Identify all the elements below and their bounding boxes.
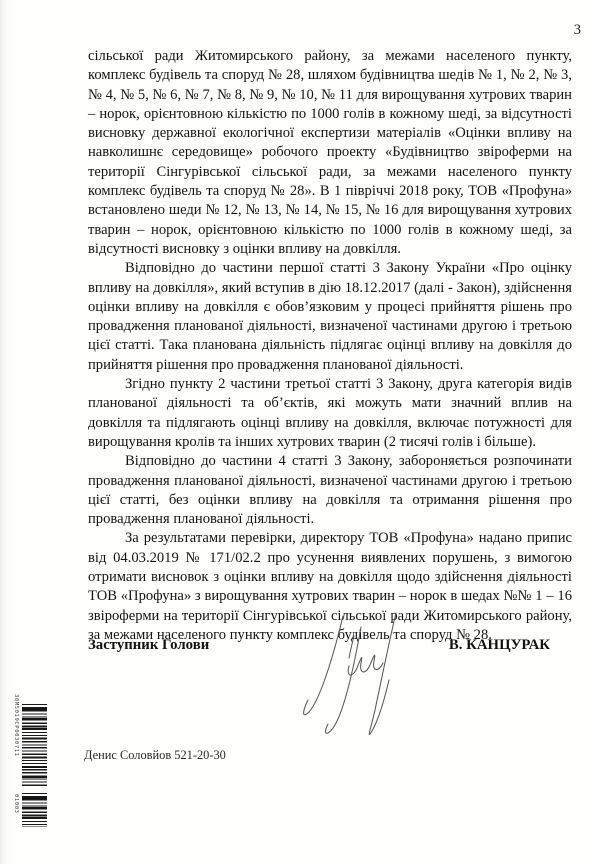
footer-contact: Денис Соловйов 521-20-30	[84, 748, 226, 763]
barcode-bars-upper	[22, 704, 47, 786]
page-number: 3	[574, 22, 581, 39]
document-body: сільської ради Житомирського району, за …	[88, 47, 572, 645]
document-page: 3 сільської ради Житомирського району, з…	[0, 0, 603, 864]
handwritten-signature-icon	[292, 600, 412, 752]
paragraph: сільської ради Житомирського району, за …	[88, 47, 572, 259]
paragraph: Відповідно до частини 4 статті 3 Закону,…	[88, 452, 572, 529]
paragraph: Згідно пункту 2 частини третьої статті 3…	[88, 375, 572, 452]
barcode-digits-bottom: 01003	[13, 794, 19, 814]
barcode-digits-top: 30М5019СР0030711	[13, 694, 19, 757]
signatory-role: Заступник Голови	[88, 637, 209, 654]
signatory-name: В. КАНЦУРАК	[449, 637, 550, 654]
barcode-bars-lower	[22, 793, 47, 827]
registration-barcode: 30М5019СР0030711 01003	[13, 692, 47, 837]
paragraph: Відповідно до частини першої статті 3 За…	[88, 259, 572, 375]
